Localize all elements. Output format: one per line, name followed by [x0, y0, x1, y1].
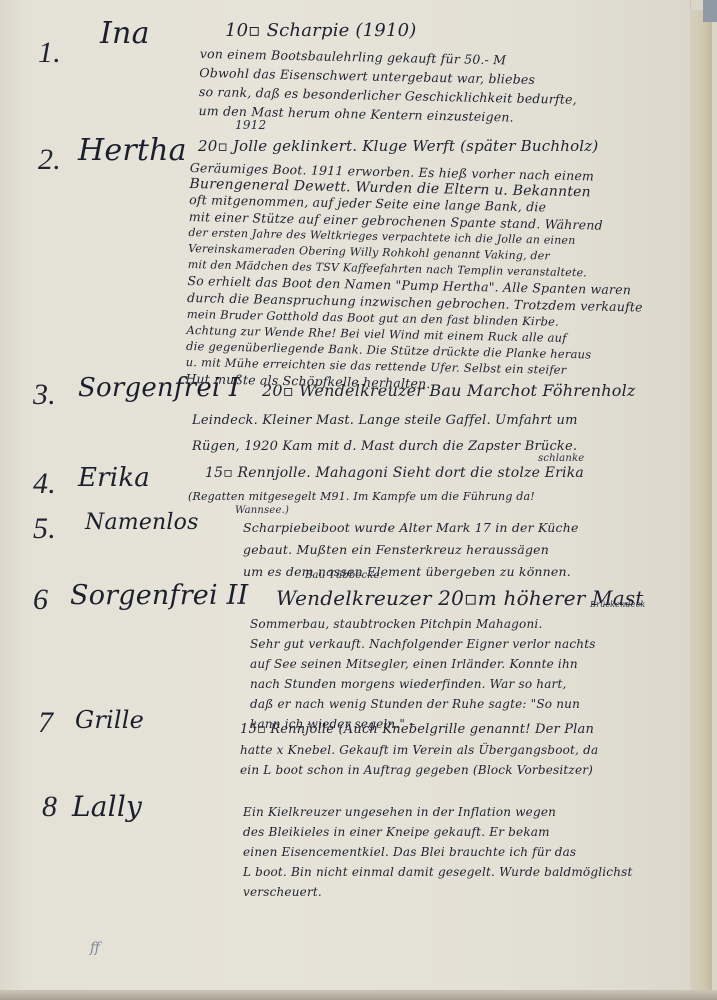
entry-2-name: Hertha: [78, 133, 187, 168]
entry-4-line: (Regatten mitgesegelt M91. Im Kampfe um …: [188, 490, 535, 503]
entry-6-line: auf See seinen Mitsegler, einen Irländer…: [250, 654, 596, 674]
entry-4-number: 4.: [33, 467, 56, 501]
entry-1-headline: 10▫ Scharpie (1910): [225, 20, 416, 41]
page-edge: [690, 10, 712, 995]
entry-7-line: ein L boot schon in Auftrag gegeben (Blo…: [240, 760, 598, 780]
entry-6-line: Sommerbau, staubtrocken Pitchpin Mahagon…: [250, 614, 596, 634]
entry-6-line: Sehr gut verkauft. Nachfolgender Eigner …: [250, 634, 596, 654]
entry-3-description: Leindeck. Kleiner Mast. Lange steile Gaf…: [192, 408, 578, 460]
entry-2-year-note: 1912: [235, 118, 266, 132]
entry-3-name: Sorgenfrei I: [78, 373, 239, 403]
entry-6-builder-note: Bau Tübbecke.: [305, 570, 383, 581]
entry-3-headline: 20▫ Wendelkreuzer Bau Marchot Föhrenholz: [262, 381, 636, 400]
entry-6-number: 6: [33, 583, 48, 617]
entry-3-line: Leindeck. Kleiner Mast. Lange steile Gaf…: [192, 408, 578, 434]
entry-8-name: Lally: [72, 790, 142, 823]
entry-5-line: gebaut. Mußten ein Fensterkreuz heraussä…: [243, 539, 579, 561]
entry-8-line: des Bleikieles in einer Kneipe gekauft. …: [243, 822, 633, 842]
pencil-mark: ff: [90, 940, 100, 956]
entry-7-name: Grille: [75, 706, 144, 734]
entry-8-line: Ein Kielkreuzer ungesehen in der Inflati…: [243, 802, 633, 822]
entry-7-number: 7: [38, 706, 53, 740]
entry-6-headline: Wendelkreuzer 20▫m höherer Mast: [276, 586, 644, 610]
entry-6-name: Sorgenfrei II: [70, 580, 248, 611]
entry-7-line: 15▫ Rennjolle (Auch Knebelgrille genannt…: [240, 720, 598, 740]
entry-3-number: 3.: [33, 378, 56, 412]
entry-1-description: von einem Bootsbaulehrling gekauft für 5…: [198, 44, 577, 128]
page-bottom-edge: [0, 990, 717, 1000]
entry-5-description: Scharpiebeiboot wurde Alter Mark 17 in d…: [243, 517, 579, 583]
entry-8-number: 8: [42, 790, 57, 824]
entry-6-description: Sommerbau, staubtrocken Pitchpin Mahagon…: [250, 614, 596, 734]
entry-3-line: Rügen, 1920 Kam mit d. Mast durch die Za…: [192, 434, 578, 460]
entry-7-description: 15▫ Rennjolle (Auch Knebelgrille genannt…: [240, 720, 598, 780]
entry-2-headline: 20▫ Jolle geklinkert. Kluge Werft (späte…: [198, 137, 598, 155]
entry-5-number: 5.: [33, 512, 56, 546]
entry-8-description: Ein Kielkreuzer ungesehen in der Inflati…: [243, 802, 633, 902]
entry-2-number: 2.: [38, 143, 61, 177]
entry-1-name: Ina: [100, 16, 150, 51]
entry-8-line: einen Eisencementkiel. Das Blei brauchte…: [243, 842, 633, 862]
entry-8-line: L boot. Bin nicht einmal damit gesegelt.…: [243, 862, 633, 882]
entry-5-line: um es dem nassen Element übergeben zu kö…: [243, 561, 579, 583]
entry-4-headline: 15▫ Rennjolle. Mahagoni Sieht dort die s…: [205, 465, 584, 481]
entry-7-line: hatte x Knebel. Gekauft im Verein als Üb…: [240, 740, 598, 760]
entry-5-line: Scharpiebeiboot wurde Alter Mark 17 in d…: [243, 517, 579, 539]
entry-4-annotation: schlanke: [538, 453, 584, 464]
entry-8-line: verscheuert.: [243, 882, 633, 902]
entry-6-annotation: Brückendeck: [590, 600, 645, 609]
entry-1-number: 1.: [38, 36, 61, 70]
entry-6-line: nach Stunden morgens wiederfinden. War s…: [250, 674, 596, 694]
entry-4-name: Erika: [78, 463, 150, 493]
entry-2-description: Geräumiges Boot. 1911 erworben. Es hieß …: [185, 160, 645, 396]
entry-5-name: Namenlos: [85, 510, 199, 535]
notebook-page: 1. Ina 10▫ Scharpie (1910) von einem Boo…: [0, 0, 691, 990]
entry-6-line: daß er nach wenig Stunden der Ruhe sagte…: [250, 694, 596, 714]
entry-4-line: Wannsee.): [235, 505, 289, 516]
background-corner: [703, 0, 717, 22]
